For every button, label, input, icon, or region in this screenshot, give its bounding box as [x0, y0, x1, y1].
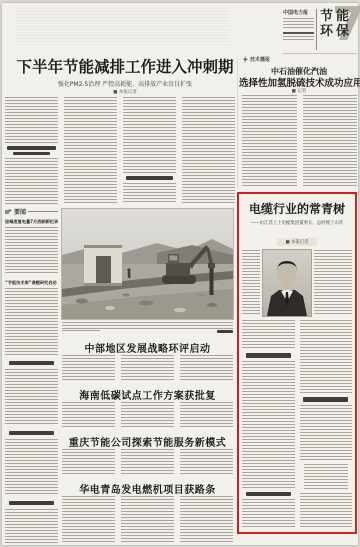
masthead-info-lines	[283, 18, 314, 30]
masthead-divider	[316, 9, 317, 50]
mid-headline-4: 华电青岛发电燃机项目获路条	[62, 481, 233, 496]
paper-name: 中国电力报	[283, 9, 314, 16]
section-title: 节能 环保	[320, 9, 352, 39]
mid-body-3	[62, 449, 233, 476]
feature-article-box: 电缆行业的常青树 ——访江苏上上电缆集团董事长、总经理丁山华 ■ 本报记者	[237, 192, 357, 534]
feature-byline: ■ 本报记者	[277, 238, 316, 246]
masthead-info-block: 中国电力报	[283, 9, 314, 42]
brief-5-title	[9, 501, 54, 505]
feature-quote-block	[304, 464, 348, 490]
feature-body-col-2	[300, 320, 353, 528]
brief-2-title: “节能技术库”课题研究启动	[5, 280, 58, 286]
mid-body-4	[62, 496, 233, 543]
tech-body-columns	[242, 95, 357, 188]
mid-headline-1: 中部地区发展战略环评启动	[62, 340, 233, 355]
tech-byline: ■ 记者	[242, 88, 356, 94]
lead-crosshead-1	[5, 143, 58, 158]
lightning-icon	[243, 56, 248, 63]
masthead-hotline-line	[283, 32, 314, 34]
lead-body-col-1	[5, 97, 58, 204]
feature-body-col-1	[242, 320, 295, 528]
tech-body-col-1	[242, 95, 297, 188]
ghost-print	[15, 8, 230, 46]
tech-tag: 技术播报	[243, 56, 270, 63]
lead-headline: 下半年节能减排工作进入冲刺期	[14, 55, 236, 77]
briefs-label-row: 要闻	[5, 207, 58, 216]
column-rule	[237, 58, 238, 188]
feature-wrap-col-left	[242, 250, 260, 316]
mid-headline-3: 重庆节能公司探索节能服务新模式	[62, 434, 233, 449]
feature-photo-band	[242, 250, 352, 316]
feature-wrap-col-right	[314, 250, 352, 316]
photo-credit	[217, 330, 233, 333]
newspaper-page: 中国电力报 7 节能 环保 下半年节能减排工作进入冲刺期 强化PM2.5治理 严…	[0, 0, 360, 547]
lead-crosshead-2	[123, 173, 176, 183]
tech-body-col-2	[303, 95, 358, 188]
brief-1-body	[5, 227, 58, 275]
briefs-label-dash	[28, 211, 58, 212]
chairman-portrait-photo	[263, 250, 311, 316]
lead-body-col-4	[182, 97, 235, 204]
lead-byline: ■ 本报记者	[25, 89, 225, 95]
brief-4-title	[9, 431, 54, 435]
brief-5-body	[5, 509, 58, 543]
lead-body-columns	[5, 97, 235, 204]
mid-body-1	[62, 355, 233, 382]
lead-body-col-3	[123, 97, 176, 204]
feature-headline: 电缆行业的常青树	[242, 200, 352, 217]
section-title-line1: 节能	[320, 9, 352, 24]
mid-body-2	[62, 402, 233, 429]
section-title-line2: 环保	[320, 24, 352, 39]
masthead-url-lines	[283, 36, 314, 42]
mid-headline-2: 海南低碳试点工作方案获批复	[62, 387, 233, 402]
feature-crosshead-1	[246, 353, 291, 358]
brief-3-title	[9, 361, 54, 365]
brief-2-body	[5, 288, 58, 356]
photo-caption	[62, 322, 233, 333]
pen-flag-icon	[5, 209, 12, 215]
brief-3-body	[5, 369, 58, 426]
construction-site-photo	[62, 209, 233, 319]
lead-body-col-2	[64, 97, 117, 204]
feature-body-columns	[242, 320, 352, 528]
feature-crosshead-3	[246, 492, 291, 497]
tech-tag-label: 技术播报	[250, 56, 270, 63]
lead-subhead: 强化PM2.5治理 严控高耗能、高排放产业盲目扩张	[25, 79, 225, 88]
feature-crosshead-2	[303, 397, 348, 402]
brief-1-title: 迎峰度夏电量7月底刷新纪录	[5, 219, 58, 225]
feature-subhead: ——访江苏上上电缆集团董事长、总经理丁山华	[242, 220, 352, 226]
brief-4-body	[5, 439, 58, 496]
briefs-section-label: 要闻	[14, 207, 26, 216]
tech-headline-2: 选择性加氢脱硫技术成功应用	[239, 75, 359, 89]
masthead-rule	[283, 53, 357, 54]
